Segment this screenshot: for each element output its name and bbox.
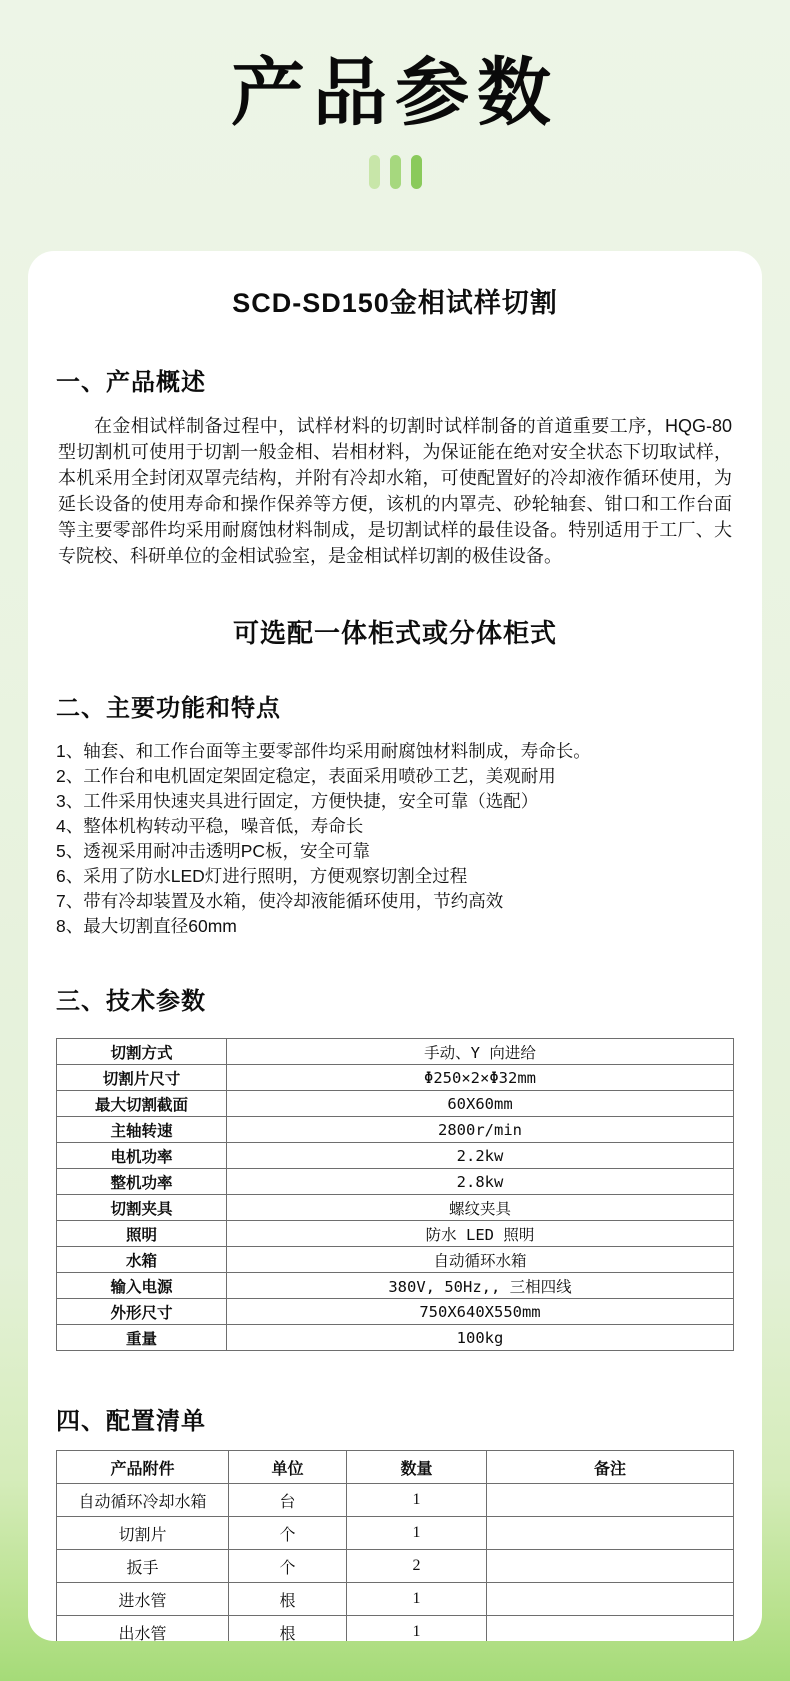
accent-bar-icon (390, 155, 401, 189)
spec-value: 防水 LED 照明 (227, 1221, 734, 1247)
feature-item: 8、最大切割直径60mm (56, 914, 734, 939)
table-row: 切割夹具 螺纹夹具 (57, 1195, 734, 1221)
spec-value: 手动、Y 向进给 (227, 1039, 734, 1065)
column-header: 单位 (229, 1451, 347, 1484)
spec-label: 切割方式 (57, 1039, 227, 1065)
features-list: 1、轴套、和工作台面等主要零部件均采用耐腐蚀材料制成，寿命长。 2、工作台和电机… (56, 739, 734, 939)
accessory-name: 自动循环冷却水箱 (57, 1484, 229, 1517)
spec-label: 电机功率 (57, 1143, 227, 1169)
spec-value: 螺纹夹具 (227, 1195, 734, 1221)
accessory-name: 扳手 (57, 1550, 229, 1583)
accessory-qty: 1 (347, 1616, 487, 1642)
spec-value: 自动循环水箱 (227, 1247, 734, 1273)
table-row: 切割片 个 1 (57, 1517, 734, 1550)
table-row: 输入电源 380V, 50Hz,, 三相四线 (57, 1273, 734, 1299)
accessory-qty: 1 (347, 1583, 487, 1616)
accessory-note (487, 1517, 734, 1550)
table-row: 主轴转速 2800r/min (57, 1117, 734, 1143)
accent-bar-icon (411, 155, 422, 189)
spec-label: 输入电源 (57, 1273, 227, 1299)
table-row: 外形尺寸 750X640X550mm (57, 1299, 734, 1325)
spec-label: 主轴转速 (57, 1117, 227, 1143)
spec-value: 60X60mm (227, 1091, 734, 1117)
column-header: 备注 (487, 1451, 734, 1484)
accessory-unit: 个 (229, 1550, 347, 1583)
section-heading-overview: 一、产品概述 (56, 362, 734, 397)
page-header: 产品参数 (0, 0, 790, 189)
accessory-unit: 根 (229, 1616, 347, 1642)
table-row: 扳手 个 2 (57, 1550, 734, 1583)
accent-bars (0, 155, 790, 189)
spec-label: 重量 (57, 1325, 227, 1351)
section-heading-accessories: 四、配置清单 (56, 1401, 734, 1436)
spec-label: 切割夹具 (57, 1195, 227, 1221)
overview-paragraph: 在金相试样制备过程中，试样材料的切割时试样制备的首道重要工序，HQG-80型切割… (58, 413, 732, 569)
accessory-note (487, 1583, 734, 1616)
feature-item: 7、带有冷却装置及水箱，使冷却液能循环使用，节约高效 (56, 889, 734, 914)
table-row: 进水管 根 1 (57, 1583, 734, 1616)
accessory-unit: 根 (229, 1583, 347, 1616)
spec-value: 380V, 50Hz,, 三相四线 (227, 1273, 734, 1299)
feature-item: 1、轴套、和工作台面等主要零部件均采用耐腐蚀材料制成，寿命长。 (56, 739, 734, 764)
column-header: 数量 (347, 1451, 487, 1484)
table-header-row: 产品附件 单位 数量 备注 (57, 1451, 734, 1484)
accessory-qty: 1 (347, 1517, 487, 1550)
spec-value: Φ250×2×Φ32mm (227, 1065, 734, 1091)
accessory-note (487, 1484, 734, 1517)
spec-label: 切割片尺寸 (57, 1065, 227, 1091)
feature-item: 6、采用了防水LED灯进行照明，方便观察切割全过程 (56, 864, 734, 889)
accessories-table: 产品附件 单位 数量 备注 自动循环冷却水箱 台 1 切割片 个 1 (56, 1450, 734, 1641)
accent-bar-icon (369, 155, 380, 189)
table-row: 照明 防水 LED 照明 (57, 1221, 734, 1247)
section-heading-features: 二、主要功能和特点 (56, 688, 734, 723)
feature-item: 5、透视采用耐冲击透明PC板，安全可靠 (56, 839, 734, 864)
section-heading-specs: 三、技术参数 (56, 981, 734, 1016)
cabinet-option-banner: 可选配一体柜式或分体柜式 (56, 613, 734, 650)
table-row: 水箱 自动循环水箱 (57, 1247, 734, 1273)
spec-label: 照明 (57, 1221, 227, 1247)
spec-table: 切割方式 手动、Y 向进给 切割片尺寸 Φ250×2×Φ32mm 最大切割截面 … (56, 1038, 734, 1351)
column-header: 产品附件 (57, 1451, 229, 1484)
spec-value: 750X640X550mm (227, 1299, 734, 1325)
spec-label: 外形尺寸 (57, 1299, 227, 1325)
accessory-unit: 个 (229, 1517, 347, 1550)
accessory-note (487, 1550, 734, 1583)
accessory-qty: 2 (347, 1550, 487, 1583)
table-row: 最大切割截面 60X60mm (57, 1091, 734, 1117)
page: 产品参数 SCD-SD150金相试样切割 一、产品概述 在金相试样制备过程中，试… (0, 0, 790, 1681)
spec-label: 最大切割截面 (57, 1091, 227, 1117)
accessory-name: 进水管 (57, 1583, 229, 1616)
accessory-name: 切割片 (57, 1517, 229, 1550)
spec-label: 整机功率 (57, 1169, 227, 1195)
accessory-note (487, 1616, 734, 1642)
feature-item: 4、整体机构转动平稳，噪音低，寿命长 (56, 814, 734, 839)
accessory-unit: 台 (229, 1484, 347, 1517)
spec-value: 2.2kw (227, 1143, 734, 1169)
table-row: 整机功率 2.8kw (57, 1169, 734, 1195)
accessory-qty: 1 (347, 1484, 487, 1517)
table-row: 切割方式 手动、Y 向进给 (57, 1039, 734, 1065)
table-row: 切割片尺寸 Φ250×2×Φ32mm (57, 1065, 734, 1091)
spec-label: 水箱 (57, 1247, 227, 1273)
table-row: 出水管 根 1 (57, 1616, 734, 1642)
spec-value: 2.8kw (227, 1169, 734, 1195)
accessory-name: 出水管 (57, 1616, 229, 1642)
table-row: 自动循环冷却水箱 台 1 (57, 1484, 734, 1517)
feature-item: 3、工件采用快速夹具进行固定，方便快捷，安全可靠（选配） (56, 789, 734, 814)
content-card: SCD-SD150金相试样切割 一、产品概述 在金相试样制备过程中，试样材料的切… (28, 251, 762, 1641)
spec-value: 100kg (227, 1325, 734, 1351)
table-row: 电机功率 2.2kw (57, 1143, 734, 1169)
feature-item: 2、工作台和电机固定架固定稳定，表面采用喷砂工艺，美观耐用 (56, 764, 734, 789)
page-title: 产品参数 (0, 50, 790, 135)
product-title: SCD-SD150金相试样切割 (56, 251, 734, 320)
table-row: 重量 100kg (57, 1325, 734, 1351)
spec-value: 2800r/min (227, 1117, 734, 1143)
